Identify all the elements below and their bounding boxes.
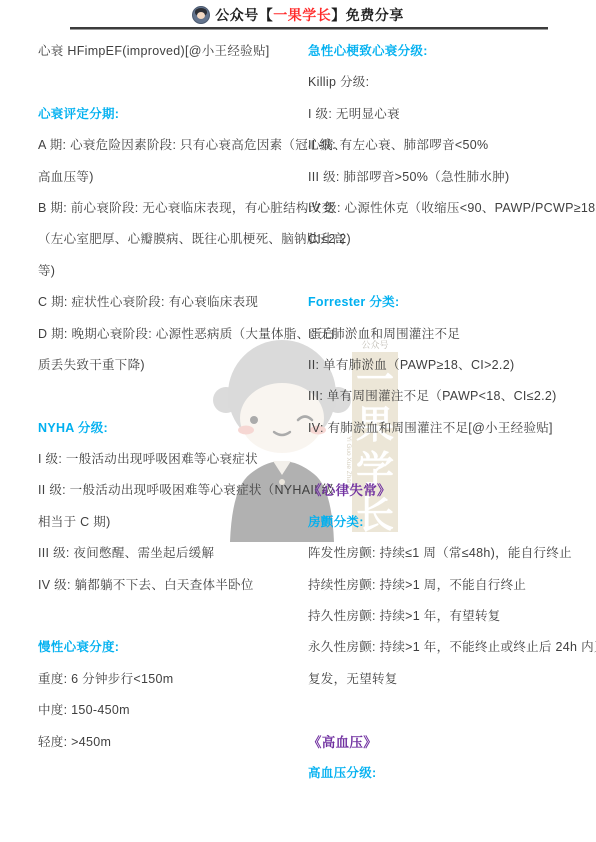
text-line: I 级: 无明显心衰 (308, 99, 576, 130)
text-line: II 级: 有左心衰、肺部啰音<50% (308, 130, 576, 161)
section-heading: 急性心梗致心衰分级: (308, 36, 576, 67)
text-line: 轻度: >450m (38, 727, 300, 758)
text-line: 复发，无望转复 (308, 664, 576, 695)
right-text-column: 急性心梗致心衰分级:Killip 分级:I 级: 无明显心衰II 级: 有左心衰… (308, 36, 576, 789)
blank-line (308, 444, 576, 475)
text-line: II: 单有肺淤血（PAWP≥18、CI>2.2) (308, 350, 576, 381)
text-line: III 级: 夜间憋醒、需坐起后缓解 (38, 538, 300, 569)
header-title-highlight: 一果学长 (273, 7, 331, 23)
text-line: IV 级: 心源性休克（收缩压<90、PAWP/PCWP≥18、 (308, 193, 576, 224)
text-line: 质丢失致干重下降) (38, 350, 300, 381)
text-line: A 期: 心衰危险因素阶段: 只有心衰高危因素（冠心病、 (38, 130, 300, 161)
section-heading: 慢性心衰分度: (38, 632, 300, 663)
avatar-face (197, 12, 205, 19)
text-line: C 期: 症状性心衰阶段: 有心衰临床表现 (38, 287, 300, 318)
blank-line (308, 256, 576, 287)
header-title-suffix: 】免费分享 (331, 7, 404, 23)
text-line: III: 单有周围灌注不足（PAWP<18、CI≤2.2) (308, 381, 576, 412)
blank-line (308, 695, 576, 726)
section-heading: 房颤分类: (308, 507, 576, 538)
section-heading: Forrester 分类: (308, 287, 576, 318)
blank-line (38, 67, 300, 98)
text-line: 心衰 HFimpEF(improved)[@小王经验贴] (38, 36, 300, 67)
text-line: I: 无肺淤血和周围灌注不足 (308, 319, 576, 350)
text-line: 永久性房颤: 持续>1 年，不能终止或终止后 24h 内又 (308, 632, 576, 663)
header-title-prefix: 公众号【 (215, 7, 273, 23)
text-line: Killip 分级: (308, 67, 576, 98)
section-heading: 高血压分级: (308, 758, 576, 789)
text-line: 等) (38, 256, 300, 287)
blank-line (38, 381, 300, 412)
chapter-title: 《心律失常》 (308, 475, 576, 506)
text-line: 中度: 150-450m (38, 695, 300, 726)
text-line: 相当于 C 期) (38, 507, 300, 538)
document-page: 公众号【一果学长】免费分享 公众号 一 果 学 长 Yi (0, 0, 596, 842)
boy-avatar-icon (192, 6, 210, 24)
text-line: B 期: 前心衰阶段: 无心衰临床表现，有心脏结构改变 (38, 193, 300, 224)
text-line: 持续性房颤: 持续>1 周，不能自行终止 (308, 570, 576, 601)
chapter-title: 《高血压》 (308, 727, 576, 758)
text-line: IV 级: 躺都躺不下去、白天查体半卧位 (38, 570, 300, 601)
text-line: III 级: 肺部啰音>50%（急性肺水肿) (308, 162, 576, 193)
text-line: 阵发性房颤: 持续≤1 周（常≤48h)，能自行终止 (308, 538, 576, 569)
text-line: 持久性房颤: 持续>1 年，有望转复 (308, 601, 576, 632)
page-header: 公众号【一果学长】免费分享 (0, 5, 596, 25)
text-line: I 级: 一般活动出现呼吸困难等心衰症状 (38, 444, 300, 475)
text-line: CI≤2.2) (308, 224, 576, 255)
blank-line (38, 601, 300, 632)
text-line: 重度: 6 分钟步行<150m (38, 664, 300, 695)
left-text-column: 心衰 HFimpEF(improved)[@小王经验贴] 心衰评定分期:A 期:… (38, 36, 300, 758)
header-title: 公众号【一果学长】免费分享 (215, 5, 404, 25)
text-line: IV: 有肺淤血和周围灌注不足[@小王经验贴] (308, 413, 576, 444)
text-line: II 级: 一般活动出现呼吸困难等心衰症状（NYHAII 级 (38, 475, 300, 506)
text-line: （左心室肥厚、心瓣膜病、既往心肌梗死、脑钠肽升高 (38, 224, 300, 255)
header-divider (70, 27, 548, 30)
text-line: 高血压等) (38, 162, 300, 193)
text-line: D 期: 晚期心衰阶段: 心源性恶病质（大量体脂、蛋白 (38, 319, 300, 350)
section-heading: NYHA 分级: (38, 413, 300, 444)
section-heading: 心衰评定分期: (38, 99, 300, 130)
